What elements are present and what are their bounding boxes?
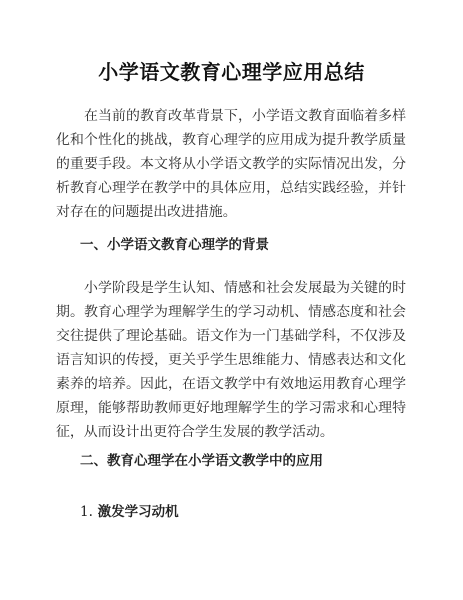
document-title: 小学语文教育心理学应用总结 bbox=[0, 56, 463, 85]
section-heading-background: 一、小学语文教育心理学的背景 bbox=[80, 233, 269, 253]
subsection-title: 激发学习动机 bbox=[98, 504, 179, 520]
document-page: 小学语文教育心理学应用总结 在当前的教育改革背景下，小学语文教育面临着多样化和个… bbox=[0, 0, 463, 600]
section-heading-application: 二、教育心理学在小学语文教学中的应用 bbox=[80, 449, 323, 469]
subsection-heading-motivation: 1. 激发学习动机 bbox=[80, 500, 179, 520]
subsection-number: 1. bbox=[80, 504, 93, 520]
background-paragraph: 小学阶段是学生认知、情感和社会发展最为关键的时期。教育心理学为理解学生的学习动机… bbox=[56, 276, 406, 444]
intro-paragraph: 在当前的教育改革背景下，小学语文教育面临着多样化和个性化的挑战，教育心理学的应用… bbox=[56, 104, 406, 224]
